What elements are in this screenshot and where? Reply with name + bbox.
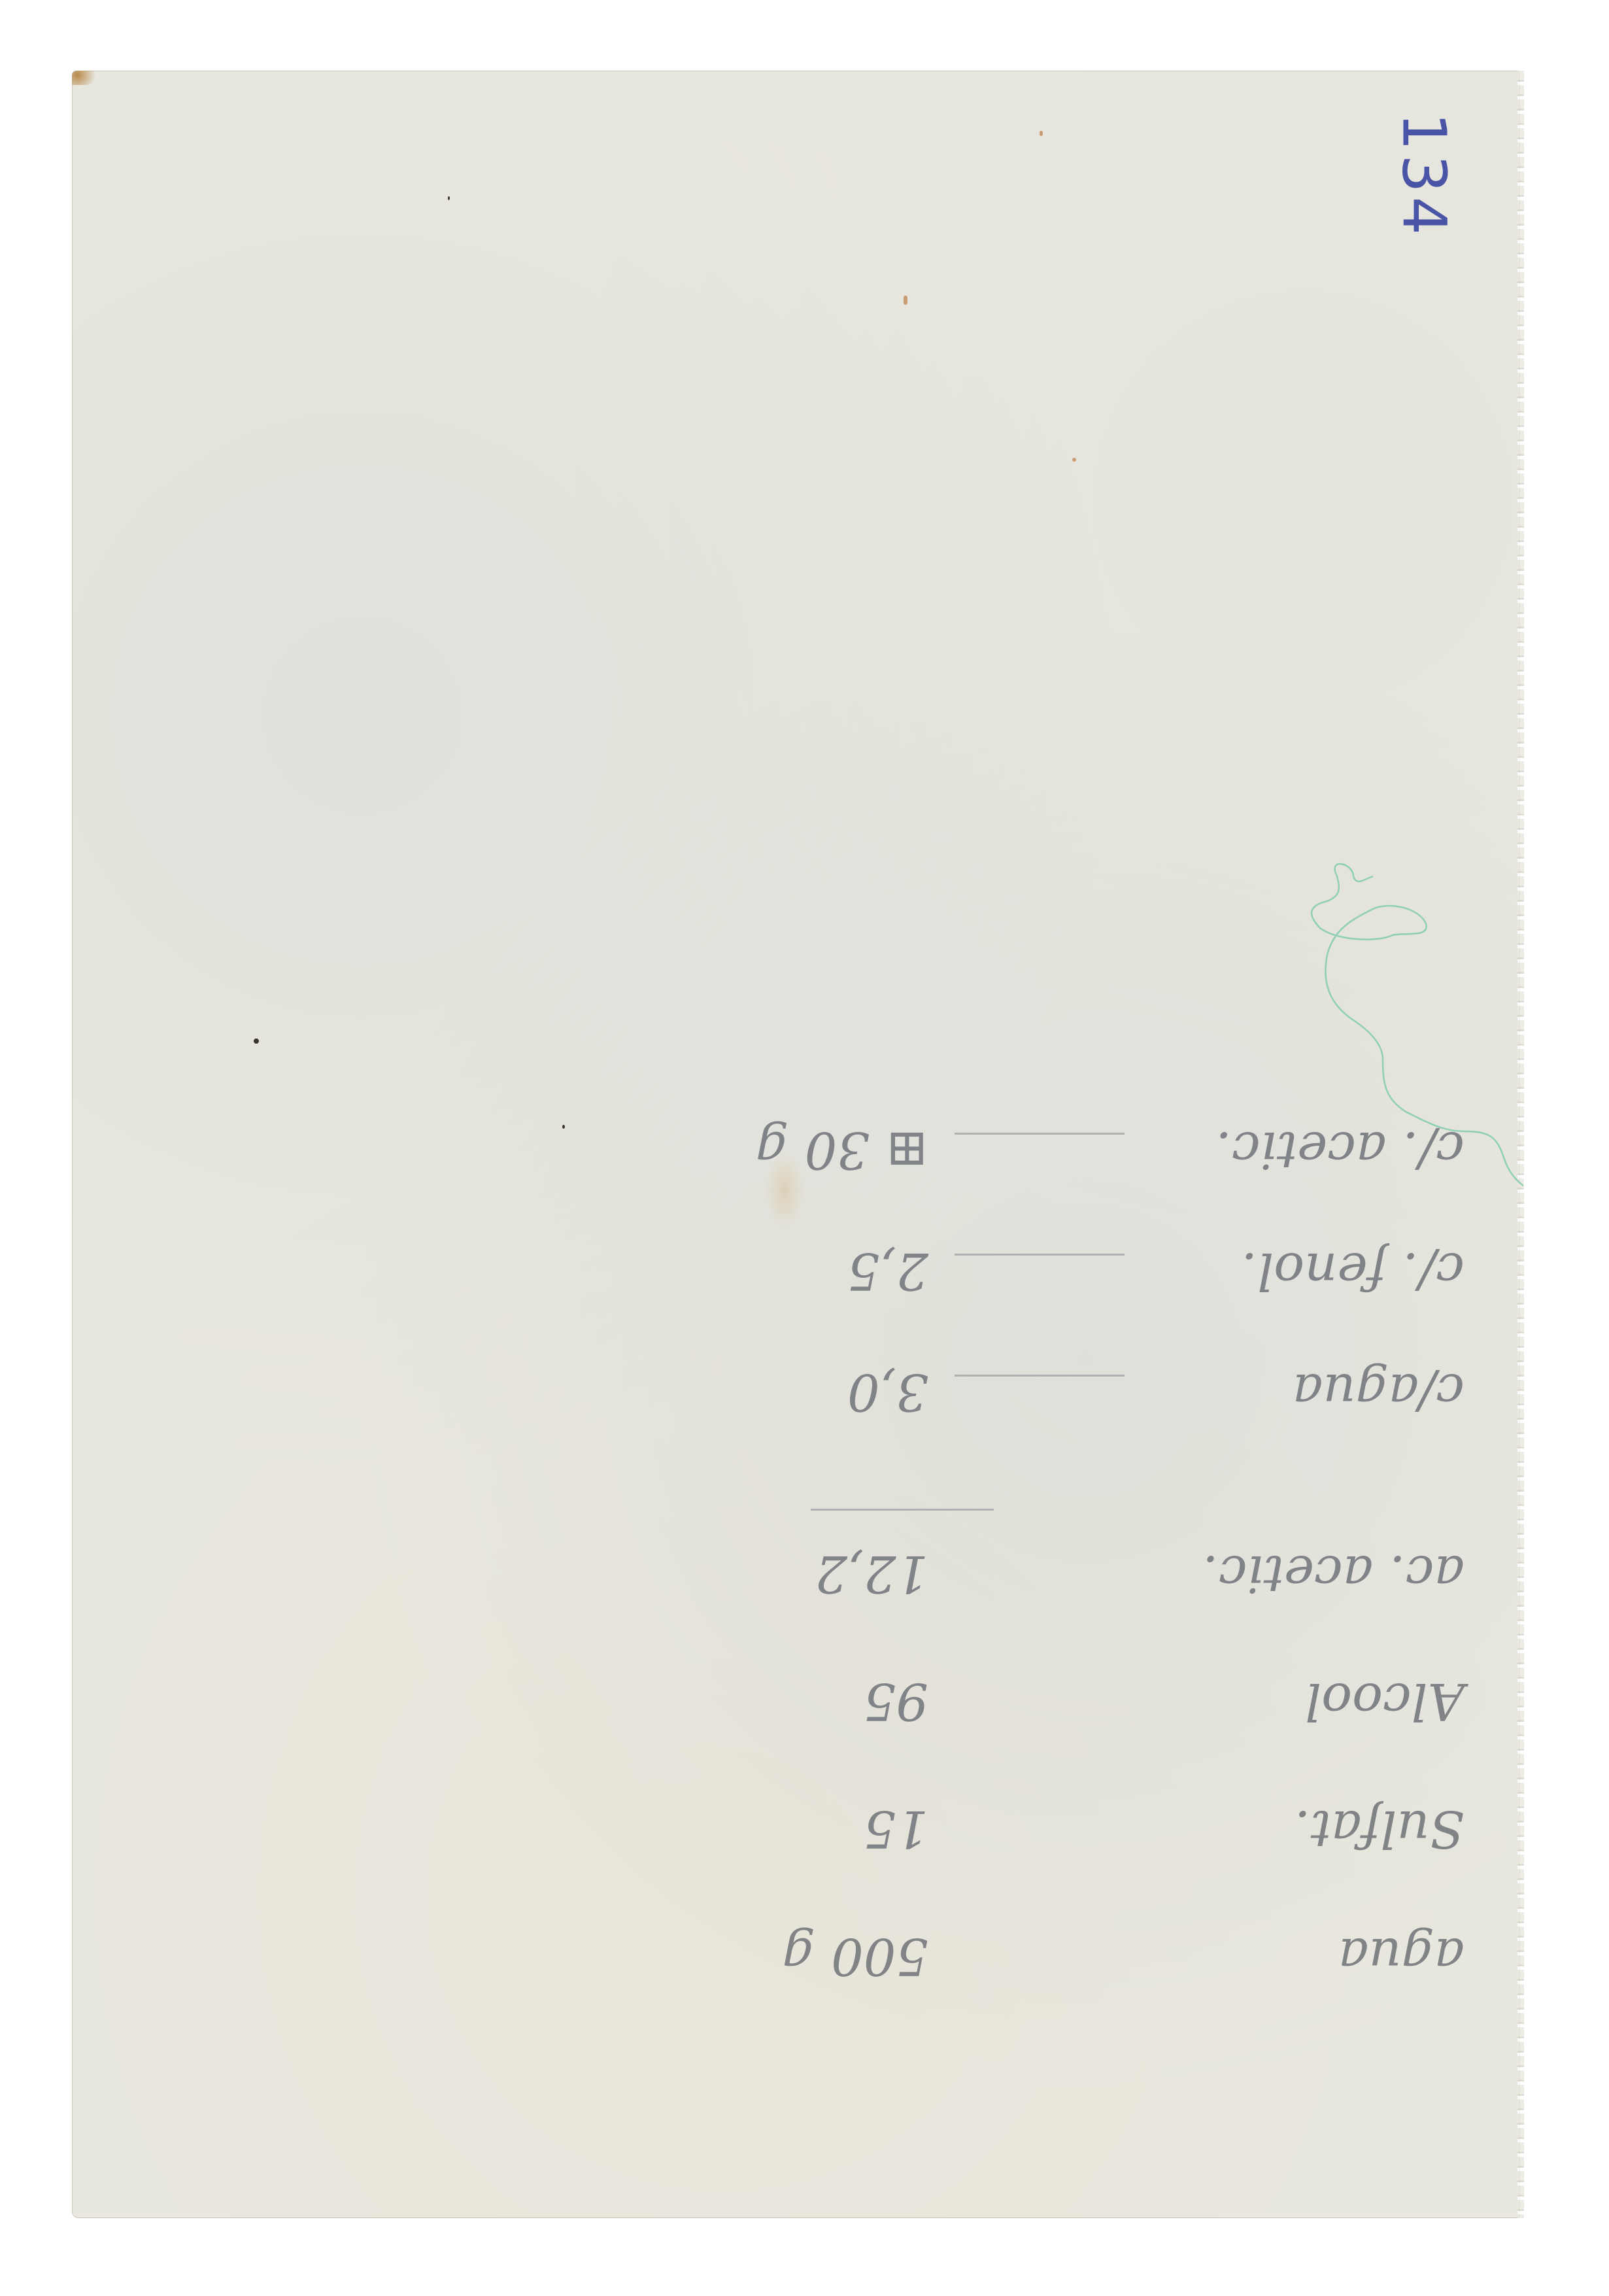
- folio-number-text: 134: [1389, 112, 1459, 239]
- leader-dash: [955, 1375, 1125, 1377]
- recipe-line: Alcool 95: [575, 1671, 1465, 1726]
- ingredient-quantity: 500 g: [782, 1930, 928, 1981]
- leader-dash: [955, 1133, 1125, 1135]
- ingredient-name: Alcool: [1125, 1675, 1465, 1726]
- ingredient-name: c/agua: [1125, 1366, 1465, 1417]
- recipe-line: c/agua 3,0: [575, 1362, 1465, 1417]
- paper-fiber: [1072, 458, 1076, 462]
- ingredient-name: Sulfat.: [1125, 1803, 1465, 1854]
- ingredient-quantity: 12,2: [815, 1548, 928, 1599]
- paper-speck: [562, 1125, 565, 1129]
- ingredient-name: ac. acetic.: [1125, 1548, 1465, 1599]
- ingredient-quantity: 95: [864, 1675, 928, 1726]
- recipe-b: c/agua 3,0 c/. fenol. 2,5 c/. acetic. ⊞ …: [575, 1120, 1465, 1417]
- ingredient-name: c/. acetic.: [1125, 1124, 1465, 1175]
- recipe-a: agua 500 g Sulfat. 15 Alcool 95 ac. acet…: [575, 1509, 1465, 1981]
- pencil-notes: agua 500 g Sulfat. 15 Alcool 95 ac. acet…: [575, 1131, 1465, 1981]
- ingredient-name: agua: [1125, 1930, 1465, 1981]
- folio-number: 134: [1378, 116, 1470, 234]
- paper-fiber: [1040, 131, 1043, 136]
- recipe-line: agua 500 g: [575, 1926, 1465, 1981]
- leader-dash: [955, 1254, 1125, 1256]
- ingredient-quantity: 3,0: [847, 1366, 928, 1417]
- paper-speck: [448, 196, 450, 200]
- recipe-line: c/. acetic. ⊞ 30 g: [575, 1120, 1465, 1175]
- recipe-line: Sulfat. 15: [575, 1798, 1465, 1854]
- ingredient-quantity: 2,5: [847, 1245, 928, 1296]
- ingredient-quantity: ⊞ 30 g: [756, 1124, 928, 1175]
- corner-stain: [72, 71, 98, 85]
- paper-speck: [254, 1038, 259, 1044]
- total-rule: [811, 1509, 994, 1511]
- ingredient-quantity: 15: [864, 1803, 928, 1854]
- ingredient-name: c/. fenol.: [1125, 1245, 1465, 1296]
- paper-fiber: [904, 296, 907, 305]
- recipe-line: ac. acetic. 12,2: [575, 1543, 1465, 1599]
- recipe-line: c/. fenol. 2,5: [575, 1241, 1465, 1296]
